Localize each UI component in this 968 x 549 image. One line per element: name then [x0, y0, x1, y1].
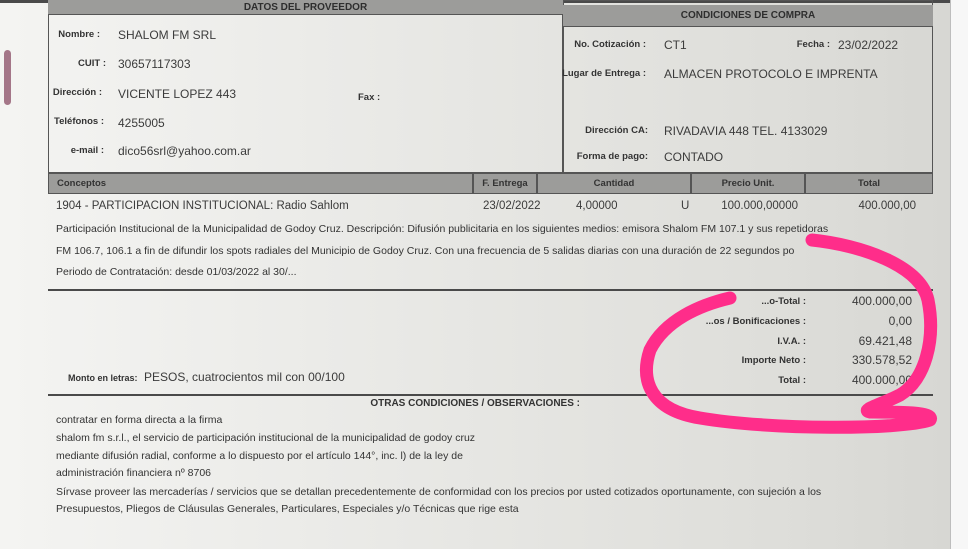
highlight-circle-annotation	[0, 0, 968, 549]
